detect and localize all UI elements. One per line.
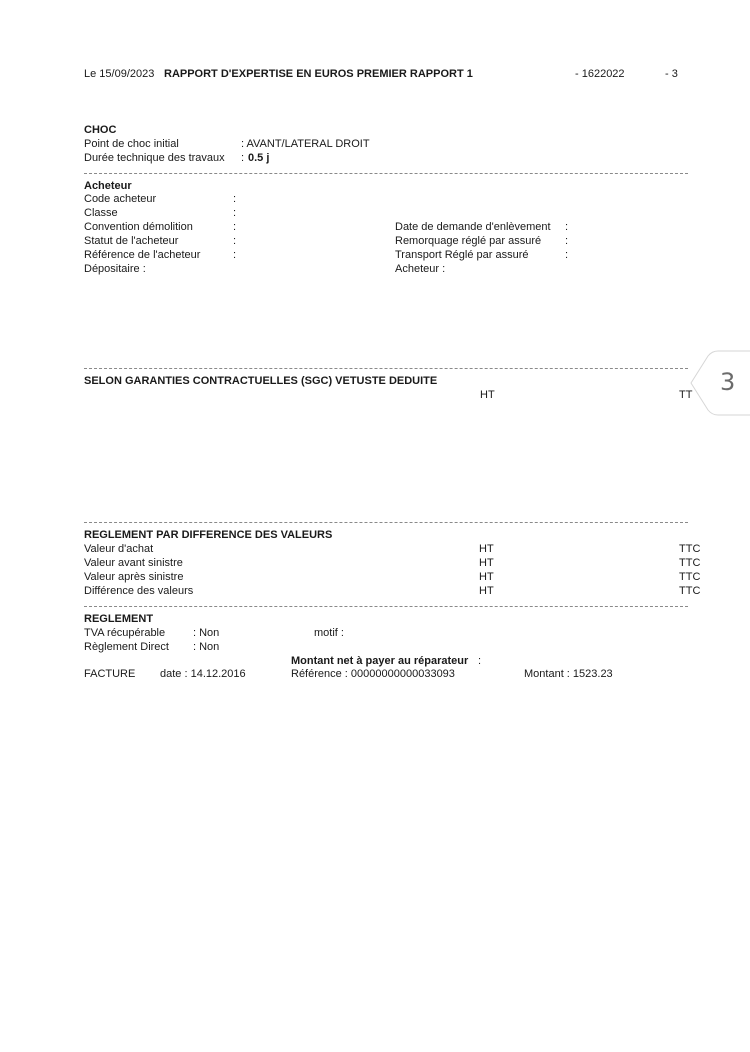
- divider: [84, 522, 688, 523]
- acheteur-sep: :: [233, 249, 236, 262]
- acheteur-heading: Acheteur: [84, 180, 132, 193]
- acheteur-label-reference: Référence de l'acheteur: [84, 249, 200, 262]
- acheteur-sep: :: [233, 235, 236, 248]
- difference-label: Valeur avant sinistre: [84, 557, 183, 570]
- acheteur-label-remorquage: Remorquage réglé par assuré: [395, 235, 541, 248]
- acheteur-sep: :: [233, 193, 236, 206]
- reglement-direct-label: Règlement Direct: [84, 641, 169, 654]
- acheteur-label-convention: Convention démolition: [84, 221, 193, 234]
- acheteur-sep: :: [233, 207, 236, 220]
- page-tab-number: 3: [720, 367, 735, 397]
- report-reference: - 1622022: [575, 68, 625, 81]
- difference-label: Valeur d'achat: [84, 543, 153, 556]
- header-date: Le 15/09/2023: [84, 68, 154, 81]
- montant-net-title: Montant net à payer au réparateur: [291, 655, 468, 668]
- difference-label: Valeur après sinistre: [84, 571, 183, 584]
- acheteur-sep: :: [565, 249, 568, 262]
- reglement-heading: REGLEMENT: [84, 613, 153, 626]
- acheteur-label-classe: Classe: [84, 207, 118, 220]
- difference-ht: HT: [479, 543, 494, 556]
- tva-label: TVA récupérable: [84, 627, 165, 640]
- acheteur-sep: :: [565, 221, 568, 234]
- acheteur-sep: :: [565, 235, 568, 248]
- acheteur-label-acheteur: Acheteur :: [395, 263, 445, 276]
- difference-ht: HT: [479, 571, 494, 584]
- facture-date: date : 14.12.2016: [160, 668, 246, 681]
- difference-heading: REGLEMENT PAR DIFFERENCE DES VALEURS: [84, 529, 332, 542]
- acheteur-label-transport: Transport Réglé par assuré: [395, 249, 529, 262]
- acheteur-label-depositaire: Dépositaire :: [84, 263, 146, 276]
- choc-value-point: : AVANT/LATERAL DROIT: [241, 138, 370, 151]
- motif-label: motif :: [314, 627, 344, 640]
- acheteur-label-code: Code acheteur: [84, 193, 156, 206]
- divider: [84, 173, 688, 174]
- page-number: - 3: [665, 68, 678, 81]
- sgc-heading: SELON GARANTIES CONTRACTUELLES (SGC) VET…: [84, 375, 437, 388]
- difference-ttc: TTC: [679, 585, 700, 598]
- page-tab[interactable]: 3: [690, 350, 750, 416]
- montant-net-colon: :: [478, 655, 481, 668]
- facture-label: FACTURE: [84, 668, 135, 681]
- tva-value: : Non: [193, 627, 219, 640]
- choc-value-duree: 0.5 j: [248, 152, 269, 165]
- sgc-col-ht: HT: [480, 389, 495, 402]
- difference-ht: HT: [479, 557, 494, 570]
- report-title: RAPPORT D'EXPERTISE EN EUROS PREMIER RAP…: [164, 68, 473, 81]
- divider: [84, 606, 688, 607]
- acheteur-sep: :: [233, 221, 236, 234]
- difference-label: Différence des valeurs: [84, 585, 193, 598]
- choc-label-point: Point de choc initial: [84, 138, 179, 151]
- choc-heading: CHOC: [84, 124, 116, 137]
- difference-ttc: TTC: [679, 557, 700, 570]
- acheteur-label-date-enlevement: Date de demande d'enlèvement: [395, 221, 551, 234]
- difference-ht: HT: [479, 585, 494, 598]
- difference-ttc: TTC: [679, 543, 700, 556]
- difference-ttc: TTC: [679, 571, 700, 584]
- choc-sep-duree: :: [241, 152, 244, 165]
- choc-label-duree: Durée technique des travaux: [84, 152, 225, 165]
- divider: [84, 368, 688, 369]
- reglement-direct-value: : Non: [193, 641, 219, 654]
- facture-reference: Référence : 00000000000033093: [291, 668, 455, 681]
- acheteur-label-statut: Statut de l'acheteur: [84, 235, 178, 248]
- facture-montant: Montant : 1523.23: [524, 668, 613, 681]
